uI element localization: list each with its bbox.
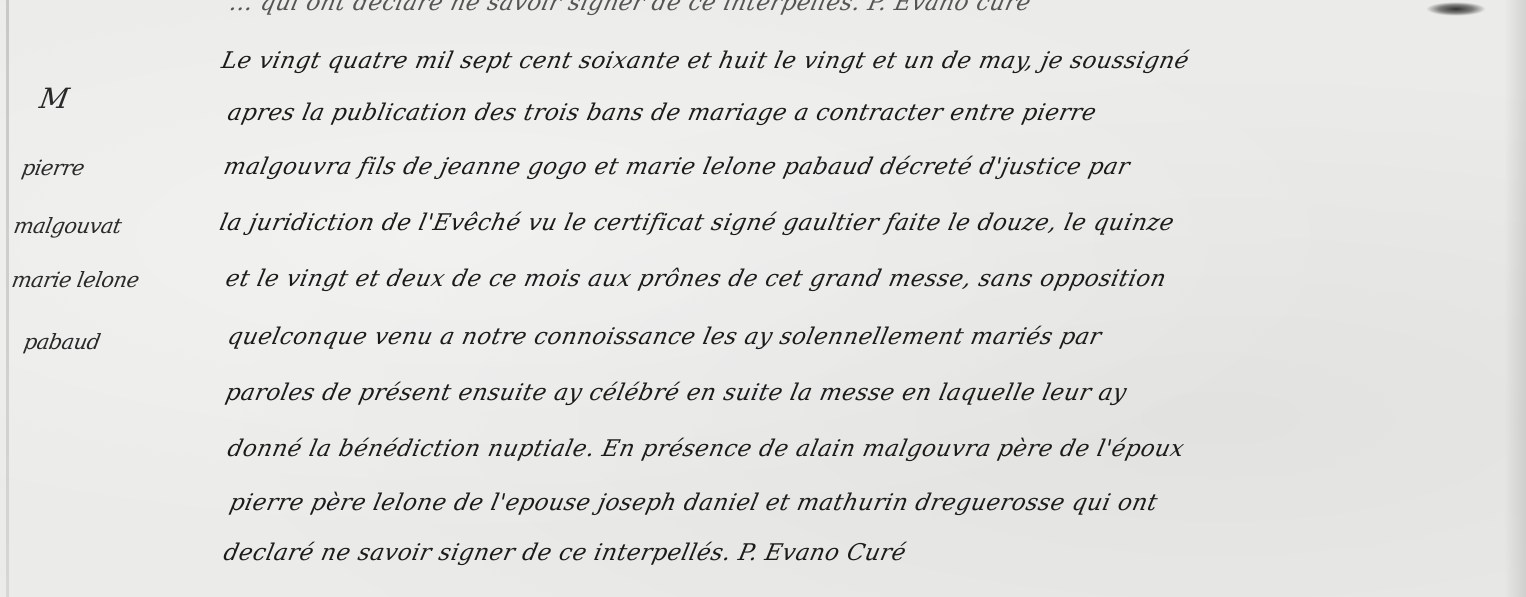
margin-mark: M xyxy=(37,82,71,115)
record-line-9: donné la bénédiction nuptiale. En présen… xyxy=(225,436,1186,462)
record-line-6: et le vingt et deux de ce mois aux prône… xyxy=(223,266,1169,292)
record-body: ... qui ont declaré ne savoir signer de … xyxy=(200,0,1510,597)
record-line-10: pierre père lelone de l'epouse joseph da… xyxy=(227,490,1160,516)
margin-bride-name: marie lelone xyxy=(10,268,141,292)
record-line-4: malgouvra fils de jeanne gogo et marie l… xyxy=(221,154,1132,180)
margin-groom-surname: malgouvat xyxy=(12,214,123,238)
record-line-7: quelconque venu a notre connoissance les… xyxy=(225,324,1104,350)
record-line-2: Le vingt quatre mil sept cent soixante e… xyxy=(219,48,1191,74)
record-line-8: paroles de présent ensuite ay célébré en… xyxy=(223,380,1129,406)
record-line-1: ... qui ont declaré ne savoir signer de … xyxy=(227,0,1033,16)
document-page: M pierre malgouvat marie lelone pabaud .… xyxy=(0,0,1526,597)
margin-groom-name: pierre xyxy=(20,156,86,180)
record-line-5: la juridiction de l'Evêché vu le certifi… xyxy=(217,210,1176,236)
margin-notes: M pierre malgouvat marie lelone pabaud xyxy=(0,0,200,597)
record-line-11: declaré ne savoir signer de ce interpell… xyxy=(221,540,908,566)
record-line-3: apres la publication des trois bans de m… xyxy=(225,100,1099,126)
margin-bride-surname: pabaud xyxy=(22,330,102,354)
